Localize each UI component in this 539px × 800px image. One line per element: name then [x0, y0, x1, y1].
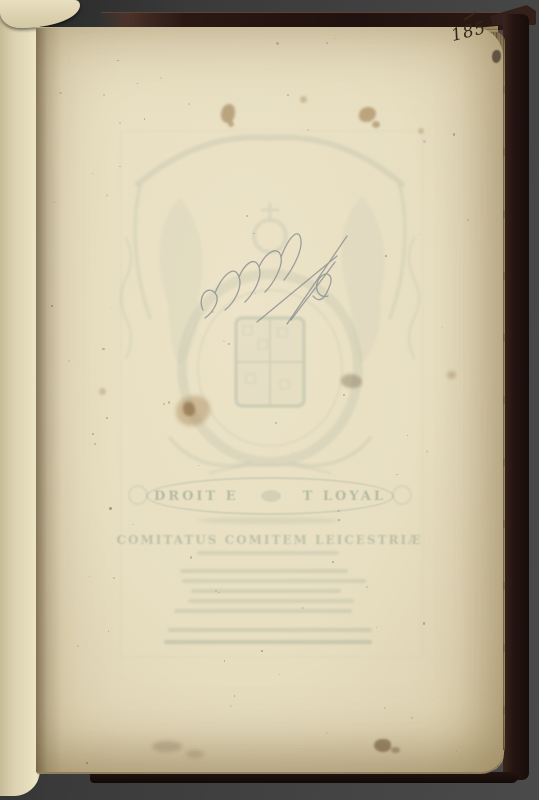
motto-center-ornament: [261, 490, 281, 502]
showthrough-ornament-rule: [196, 517, 340, 524]
pencil-inscription: [195, 200, 373, 328]
canopy-arc: [138, 137, 402, 184]
flyleaf-curled-top-corner: [0, 0, 80, 28]
motto-text-right: T LOYAL: [303, 489, 386, 504]
leather-cover-right-board: [503, 14, 529, 780]
previous-page-flyleaf: [0, 4, 40, 796]
motto-text-left: DROIT E: [154, 489, 239, 504]
showthrough-motto-cartouche: DROIT E T LOYAL: [146, 477, 394, 515]
motto-side-ornament-left: [128, 485, 148, 505]
book-photograph-scene: DROIT E T LOYAL COMITATUS COMITEM LEICES…: [0, 0, 539, 800]
motto-side-ornament-right: [392, 485, 412, 505]
showthrough-dedication-line: COMITATUS COMITEM LEICESTRIÆ: [36, 533, 503, 547]
